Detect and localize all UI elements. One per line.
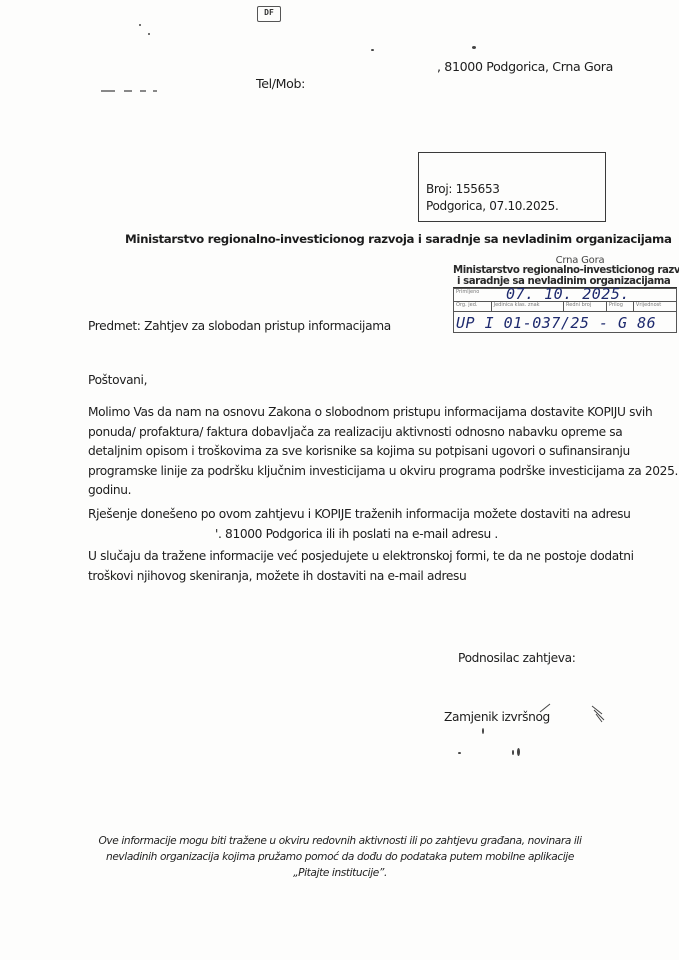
- text-line: Rješenje donešeno po ovom zahtjevu i KOP…: [88, 505, 608, 525]
- scan-speck: [517, 748, 520, 756]
- stamp-file-number: UP I 01-037/25 - G 86: [456, 314, 656, 332]
- redaction-mark: [153, 90, 157, 92]
- stamp-table: Primljeno 07. 10. 2025. Org. jed. Jedini…: [453, 288, 677, 333]
- redaction-mark: [140, 90, 146, 92]
- scan-speck: [148, 33, 150, 35]
- scan-speck: [482, 728, 484, 734]
- body-paragraph-1: Molimo Vas da nam na osnovu Zakona o slo…: [88, 403, 608, 501]
- text-line: detaljnim opisom i troškovima za sve kor…: [88, 442, 608, 462]
- stamp-institution-line1: Ministarstvo regionalno-investicionog ra…: [453, 266, 677, 276]
- footer-line: nevladinih organizacija kojima pružamo p…: [60, 849, 620, 865]
- footer-line: Ove informacije mogu biti tražene u okvi…: [60, 833, 620, 849]
- footer-line: „Pitajte institucije”.: [60, 865, 620, 881]
- reference-number: Broj: 155653: [426, 182, 500, 196]
- stamp-col-header: Redni broj: [564, 302, 607, 312]
- received-stamp: Crna Gora Ministarstvo regionalno-invest…: [453, 256, 677, 333]
- scan-speck: [512, 750, 514, 755]
- salutation: Poštovani,: [88, 373, 147, 387]
- body-paragraph-3: U slučaju da tražene informacije već pos…: [88, 547, 608, 586]
- text-line: godinu.: [88, 481, 608, 501]
- redaction-mark: [101, 90, 115, 92]
- reference-box: Broj: 155653 Podgorica, 07.10.2025.: [418, 152, 606, 222]
- text-line: ponuda/ profaktura/ faktura dobavljača z…: [88, 423, 608, 443]
- text-line: U slučaju da tražene informacije već pos…: [88, 547, 608, 567]
- redaction-mark: [124, 90, 132, 92]
- letterhead-address: , 81000 Podgorica, Crna Gora: [437, 59, 613, 74]
- stamp-col-header: Prilog: [606, 302, 633, 312]
- scan-speck: [139, 24, 141, 26]
- footer-note: Ove informacije mogu biti tražene u okvi…: [60, 833, 620, 881]
- letterhead-logo: DF: [257, 6, 281, 22]
- subject-line: Predmet: Zahtjev za slobodan pristup inf…: [88, 319, 391, 333]
- scan-speck: [472, 46, 476, 49]
- signature-scribble: [530, 700, 620, 770]
- text-line: troškovi njihovog skeniranja, možete ih …: [88, 567, 608, 587]
- stamp-col-header: Jedinica klas. znak: [491, 302, 563, 312]
- text-line: Molimo Vas da nam na osnovu Zakona o slo…: [88, 403, 608, 423]
- scan-speck: [458, 752, 461, 754]
- applicant-label: Podnosilac zahtjeva:: [458, 651, 576, 665]
- stamp-col-header: Vrijednost: [633, 302, 676, 312]
- text-line: '. 81000 Podgorica ili ih poslati na e-m…: [88, 525, 608, 545]
- recipient-heading: Ministarstvo regionalno-investicionog ra…: [125, 232, 672, 246]
- scan-speck: [371, 49, 374, 51]
- stamp-received-date: 07. 10. 2025.: [506, 285, 630, 303]
- text-line: programske linije za podršku ključnim in…: [88, 462, 608, 482]
- reference-place-date: Podgorica, 07.10.2025.: [426, 199, 559, 213]
- stamp-col-header: Org. jed.: [454, 302, 492, 312]
- body-paragraph-2: Rješenje donešeno po ovom zahtjevu i KOP…: [88, 505, 608, 544]
- stamp-received-label: Primljeno: [456, 289, 479, 295]
- letterhead-phone-label: Tel/Mob:: [256, 76, 305, 91]
